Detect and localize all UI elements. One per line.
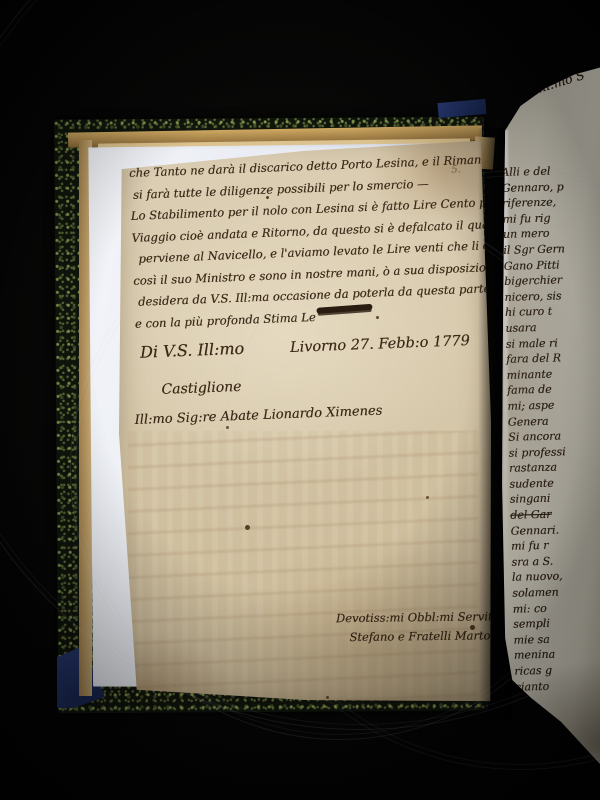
fragment-line: mi; aspe [507,397,569,414]
fragment-line: la nuovo, [512,569,574,586]
next-page-curved: Ill:mo S Alli e delGennaro, priferenze,m… [498,64,600,764]
fragment-line: fama de [507,382,569,399]
fragment-line: si professi [508,444,570,461]
fragment-line: usara [505,319,567,336]
fragment-line: mi fu rig [502,210,564,227]
fragment-line: rastanza [509,459,571,476]
fragment-line: solamen [512,584,574,601]
fragment-line: si male ri [506,335,568,352]
fragment-line: Alli e del [501,163,563,180]
next-page-text-fragments: Alli e delGennaro, priferenze,mi fu rigu… [501,163,577,695]
letter-page: che Tanto ne darà il discarico detto Por… [116,136,494,708]
fragment-line: ricas g [514,662,576,679]
addressee-line: Ill:mo Sig:re Abate Lionardo Ximenes [134,403,382,428]
fragment-line: mie sa [513,631,575,648]
fragment-line: un mero [503,226,565,243]
fragment-line: riferenze, [502,194,564,211]
fragment-line: mi fu r [511,537,573,554]
salutation: Di V.S. Ill:mo [140,339,245,362]
next-page-heading-fragment: Ill:mo S [535,67,586,96]
fragment-line: cianto [515,678,577,695]
fragment-line: sempli [513,615,575,632]
fragment-line: nicero, sis [504,288,566,305]
handwritten-content: che Tanto ne darà il discarico detto Por… [114,123,514,709]
fragment-line: fara del R [506,350,568,367]
page-mark: 5. [451,164,461,175]
fragment-line: Gennari. [510,522,572,539]
date-place-line: Livorno 27. Febb:o 1779 [290,333,470,356]
destination-place: Castiglione [161,379,242,398]
fragment-line: Gano Pitti [504,257,566,274]
salutation-date-row: Di V.S. Ill:mo Livorno 27. Febb:o 1779 [140,339,245,362]
fragment-line: Gennaro, p [501,179,563,196]
fragment-line: mi: co [513,600,575,617]
manuscript-photo: che Tanto ne darà il discarico detto Por… [0,0,600,800]
fragment-line: menina [514,647,576,664]
fragment-line: hi curo t [505,304,567,321]
fragment-line: Si ancora [508,428,570,445]
fragment-line: minante [506,366,568,383]
fragment-line: Genera [508,413,570,430]
fragment-line: sra a S. [511,553,573,570]
fragment-line: il Sgr Gern [503,241,565,258]
fragment-line: sudente [509,475,571,492]
fragment-line: singani [510,491,572,508]
fragment-line: bigerchier [504,272,566,289]
blue-binding-corner-top [437,99,486,118]
fragment-line: del Gar [510,506,572,523]
